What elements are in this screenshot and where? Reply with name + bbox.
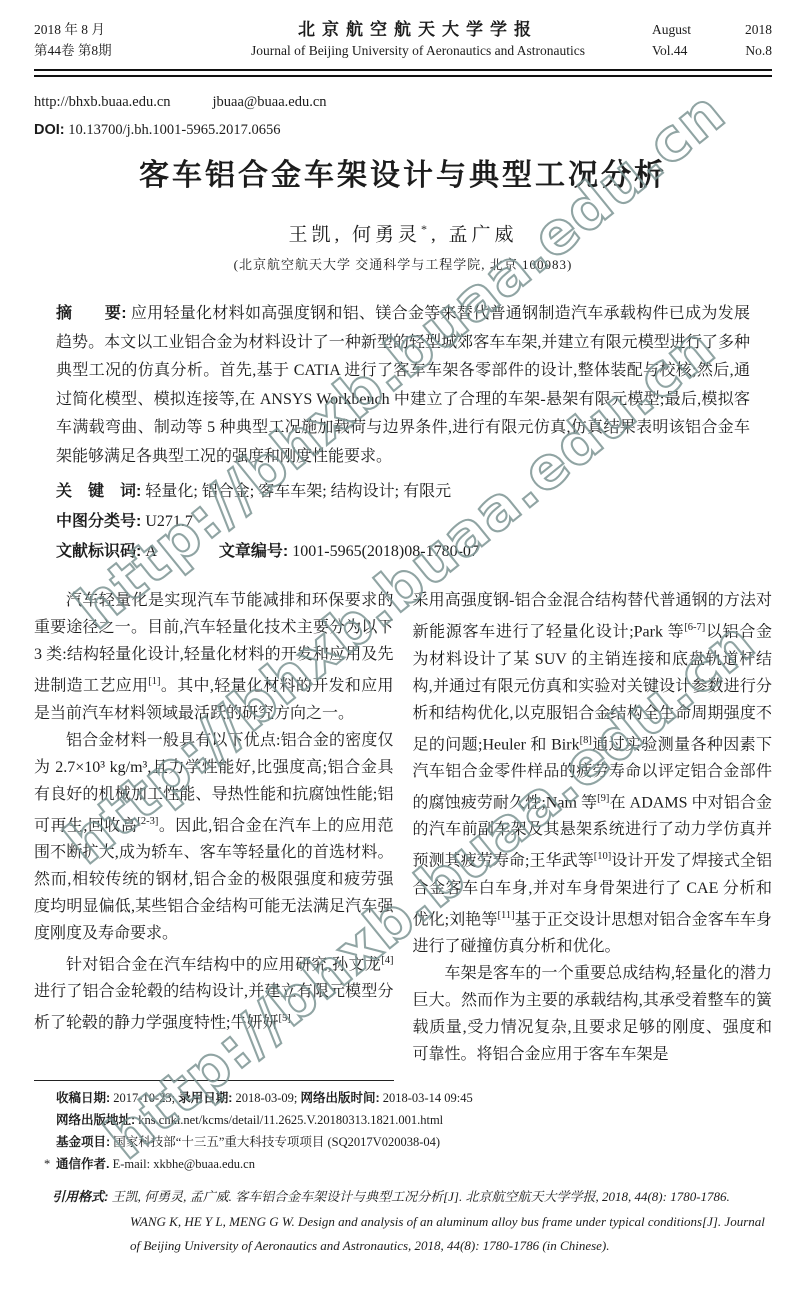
footnote-star: *: [44, 1153, 50, 1175]
author-names: 王凯, 何勇灵: [288, 224, 421, 245]
abstract-block: 摘 要: 应用轻量化材料如高强度钢和铝、镁合金等来替代普通钢制造汽车承载构件已成…: [56, 300, 750, 471]
header-year-en: 2018: [745, 19, 772, 40]
doi-line: DOI: 10.13700/j.bh.1001-5965.2017.0656: [34, 120, 772, 140]
footnote-fund: 基金项目: 国家科技部“十三五”重大科技专项项目 (SQ2017V020038-…: [56, 1131, 772, 1153]
clc-label: 中图分类号:: [56, 513, 141, 530]
keywords-block: 关 键 词: 轻量化; 铝合金; 客车车架; 结构设计; 有限元 中图分类号: …: [56, 477, 750, 567]
body-columns: 汽车轻量化是实现汽车节能减排和环保要求的重要途径之一。目前,汽车轻量化技术主要分…: [34, 587, 772, 1068]
journal-header: 2018 年 8 月 第44卷 第8期 北京航空航天大学学报 Journal o…: [34, 18, 772, 62]
journal-email: jbuaa@buaa.edu.cn: [213, 94, 327, 110]
header-number-en: No.8: [745, 40, 772, 61]
header-issue-cn: 2018 年 8 月 第44卷 第8期: [34, 19, 184, 61]
clc-line: 中图分类号: U271.7: [56, 507, 750, 537]
page-title: 客车铝合金车架设计与典型工况分析: [34, 156, 772, 196]
doi-label: DOI:: [34, 122, 65, 138]
clc-value: U271.7: [141, 513, 193, 530]
doi-value: 10.13700/j.bh.1001-5965.2017.0656: [68, 122, 280, 138]
footnote-corresponding: *通信作者. E-mail: xkbhe@buaa.edu.cn: [56, 1153, 772, 1175]
abstract-label: 摘 要:: [56, 305, 127, 322]
article-id-label: 文章编号:: [219, 543, 288, 560]
received-label: 收稿日期:: [56, 1091, 110, 1105]
body-paragraph: 针对铝合金在汽车结构中的应用研究,孙文龙[4]进行了铝合金轮毂的结构设计,并建立…: [34, 947, 394, 1037]
accepted-label: 录用日期:: [178, 1091, 232, 1105]
authors-line: 王凯, 何勇灵*, 孟广威: [34, 216, 772, 248]
header-journal-name: 北京航空航天大学学报 Journal of Beijing University…: [184, 19, 652, 61]
journal-page: http://bhxb.buaa.edu.cn http://bhxb.buaa…: [0, 0, 806, 1296]
author-names: , 孟广威: [431, 224, 518, 245]
header-volume-en: Vol.44: [652, 40, 687, 61]
citation-cn-text: 王凯, 何勇灵, 孟广威. 客车铝合金车架设计与典型工况分析[J]. 北京航空航…: [108, 1189, 729, 1204]
links-line: http://bhxb.buaa.edu.cnjbuaa@buaa.edu.cn: [34, 92, 772, 112]
header-vol-en: Vol.44 No.8: [652, 40, 772, 61]
footnote-dates: 收稿日期: 2017-10-23; 录用日期: 2018-03-09; 网络出版…: [56, 1087, 772, 1109]
footnote-pub-url: 网络出版地址: kns.cnki.net/kcms/detail/11.2625…: [56, 1109, 772, 1131]
doc-code-value: A: [141, 543, 157, 560]
body-paragraph: 采用高强度钢-铝合金混合结构替代普通钢的方法对新能源客车进行了轻量化设计;Par…: [413, 587, 773, 960]
right-column: 采用高强度钢-铝合金混合结构替代普通钢的方法对新能源客车进行了轻量化设计;Par…: [413, 587, 773, 1068]
footnotes-block: 收稿日期: 2017-10-23; 录用日期: 2018-03-09; 网络出版…: [34, 1087, 772, 1175]
pub-url-value: kns.cnki.net/kcms/detail/11.2625.V.20180…: [135, 1113, 443, 1127]
fund-value: 国家科技部“十三五”重大科技专项项目 (SQ2017V020038-04): [110, 1135, 440, 1149]
online-time-value: 2018-03-14 09:45: [380, 1091, 473, 1105]
fund-label: 基金项目:: [56, 1135, 110, 1149]
abstract-text: 应用轻量化材料如高强度钢和铝、镁合金等来替代普通钢制造汽车承载构件已成为发展趋势…: [56, 305, 750, 465]
header-date-cn: 2018 年 8 月: [34, 19, 184, 40]
corresponding-email: E-mail: xkbhe@buaa.edu.cn: [109, 1157, 255, 1171]
codes-line: 文献标识码: A文章编号: 1001-5965(2018)08-1780-07: [56, 537, 750, 567]
journal-name-cn: 北京航空航天大学学报: [184, 19, 652, 41]
citation-en: WANG K, HE Y L, MENG G W. Design and ana…: [130, 1210, 772, 1259]
corresponding-author-mark: *: [421, 222, 431, 236]
article-id-value: 1001-5965(2018)08-1780-07: [288, 543, 479, 560]
left-column: 汽车轻量化是实现汽车节能减排和环保要求的重要途径之一。目前,汽车轻量化技术主要分…: [34, 587, 394, 1068]
keywords-line: 关 键 词: 轻量化; 铝合金; 客车车架; 结构设计; 有限元: [56, 477, 750, 507]
journal-name-en: Journal of Beijing University of Aeronau…: [184, 41, 652, 61]
online-time-label: 网络出版时间:: [300, 1091, 379, 1105]
doc-code-label: 文献标识码:: [56, 543, 141, 560]
accepted-value: 2018-03-09;: [232, 1091, 300, 1105]
header-date-en: August 2018: [652, 19, 772, 40]
body-paragraph: 车架是客车的一个重要总成结构,轻量化的潜力巨大。然而作为主要的承载结构,其承受着…: [413, 960, 773, 1068]
header-vol-cn: 第44卷 第8期: [34, 40, 184, 61]
body-paragraph: 铝合金材料一般具有以下优点:铝合金的密度仅为 2.7×10³ kg/m³,且力学…: [34, 727, 394, 947]
citation-label: 引用格式:: [52, 1189, 108, 1204]
body-paragraph: 汽车轻量化是实现汽车节能减排和环保要求的重要途径之一。目前,汽车轻量化技术主要分…: [34, 587, 394, 726]
affiliation: (北京航空航天大学 交通科学与工程学院, 北京 100083): [34, 256, 772, 274]
header-double-rule: [34, 69, 772, 77]
citation-cn: 引用格式: 王凯, 何勇灵, 孟广威. 客车铝合金车架设计与典型工况分析[J].…: [130, 1185, 772, 1210]
header-issue-en: August 2018 Vol.44 No.8: [652, 19, 772, 61]
citation-block: 引用格式: 王凯, 何勇灵, 孟广威. 客车铝合金车架设计与典型工况分析[J].…: [34, 1185, 772, 1259]
keywords-text: 轻量化; 铝合金; 客车车架; 结构设计; 有限元: [141, 483, 451, 500]
corresponding-label: 通信作者.: [56, 1157, 109, 1171]
keywords-label: 关 键 词:: [56, 483, 141, 500]
pub-url-label: 网络出版地址:: [56, 1113, 135, 1127]
journal-url: http://bhxb.buaa.edu.cn: [34, 94, 171, 110]
header-month-en: August: [652, 19, 691, 40]
footnote-rule: [34, 1080, 394, 1081]
received-value: 2017-10-23;: [110, 1091, 178, 1105]
